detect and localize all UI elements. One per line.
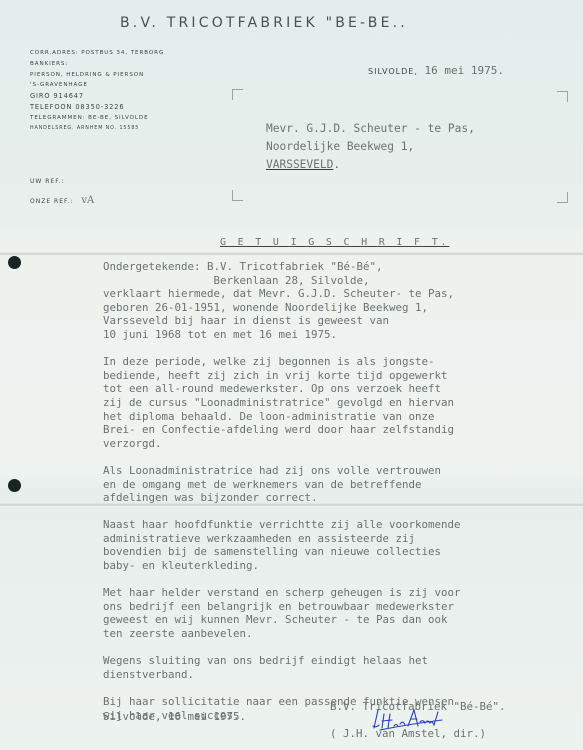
letter-place: Silvolde,: [368, 67, 418, 76]
address-window-corner: [232, 190, 243, 201]
document-title-text: G E T U I G S C H R I F T: [220, 237, 441, 248]
onze-ref: Onze ref.:vA: [30, 191, 94, 211]
address-window-corner: [557, 192, 568, 203]
body-paragraph: Als Loonadministratrice had zij ons voll…: [103, 464, 573, 505]
body-paragraph: Wegens sluiting van ons bedrijf eindigt …: [103, 654, 573, 681]
reference-block: Uw ref.: Onze ref.:vA: [30, 171, 94, 211]
recipient-city-suffix: .: [333, 158, 340, 171]
letterhead-info-line: Telefoon 08350-3226: [30, 102, 164, 113]
letterhead-info-line: Pierson, Heldring & Pierson: [30, 70, 164, 81]
body-paragraph: Naast haar hoofdfunktie verrichtte zij a…: [103, 518, 573, 572]
recipient-name: Mevr. G.J.D. Scheuter - te Pas,: [266, 122, 475, 135]
address-window-corner: [232, 89, 243, 100]
punch-hole-icon: [8, 256, 21, 269]
uw-ref: Uw ref.:: [30, 171, 94, 191]
letter-date-line: Silvolde, 16 mei 1975.: [368, 64, 504, 77]
letterhead-info-line: Bankiers:: [30, 59, 164, 70]
letterhead-info-line: Telegrammen: Be-Be, Silvolde: [30, 113, 164, 124]
letter-paper: B.V. TRICOTFABRIEK "BE-BE.. Corr.adres: …: [0, 0, 583, 750]
address-window-corner: [557, 91, 568, 102]
handwritten-signature-icon: [370, 706, 450, 732]
onze-ref-value: vA: [81, 195, 94, 206]
body-paragraph: Met haar helder verstand en scherp geheu…: [103, 586, 573, 640]
body-paragraph: In deze periode, welke zij begonnen is a…: [103, 355, 573, 450]
letterhead-company-name: B.V. TRICOTFABRIEK "BE-BE..: [120, 15, 408, 31]
closing-place-date: Silvolde, 16 mei 1975.: [103, 710, 246, 723]
document-title: G E T U I G S C H R I F T.: [220, 237, 449, 248]
letterhead-info-line: Giro 914647: [30, 91, 164, 102]
punch-hole-icon: [8, 479, 21, 492]
recipient-address: Mevr. G.J.D. Scheuter - te Pas, Noordeli…: [266, 120, 475, 174]
letterhead-info-line: Handelsreg. Arnhem no. 15585: [30, 124, 164, 135]
recipient-city: VARSSEVELD: [266, 158, 333, 171]
uw-ref-label: Uw ref.:: [30, 178, 65, 185]
letterhead-info-line: 's-Gravenhage: [30, 80, 164, 91]
letterhead-info: Corr.adres: Postbus 34, TerborgBankiers:…: [30, 48, 164, 134]
letterhead-info-line: Corr.adres: Postbus 34, Terborg: [30, 48, 164, 59]
onze-ref-label: Onze ref.:: [30, 198, 73, 205]
recipient-street: Noordelijke Beekweg 1,: [266, 140, 414, 153]
paper-fold-line: [0, 252, 583, 256]
body-paragraph: Ondergetekende: B.V. Tricotfabriek "Bé-B…: [103, 260, 573, 342]
letter-body: Ondergetekende: B.V. Tricotfabriek "Bé-B…: [103, 260, 573, 736]
document-title-suffix: .: [441, 237, 450, 248]
letter-date: 16 mei 1975.: [424, 64, 503, 77]
